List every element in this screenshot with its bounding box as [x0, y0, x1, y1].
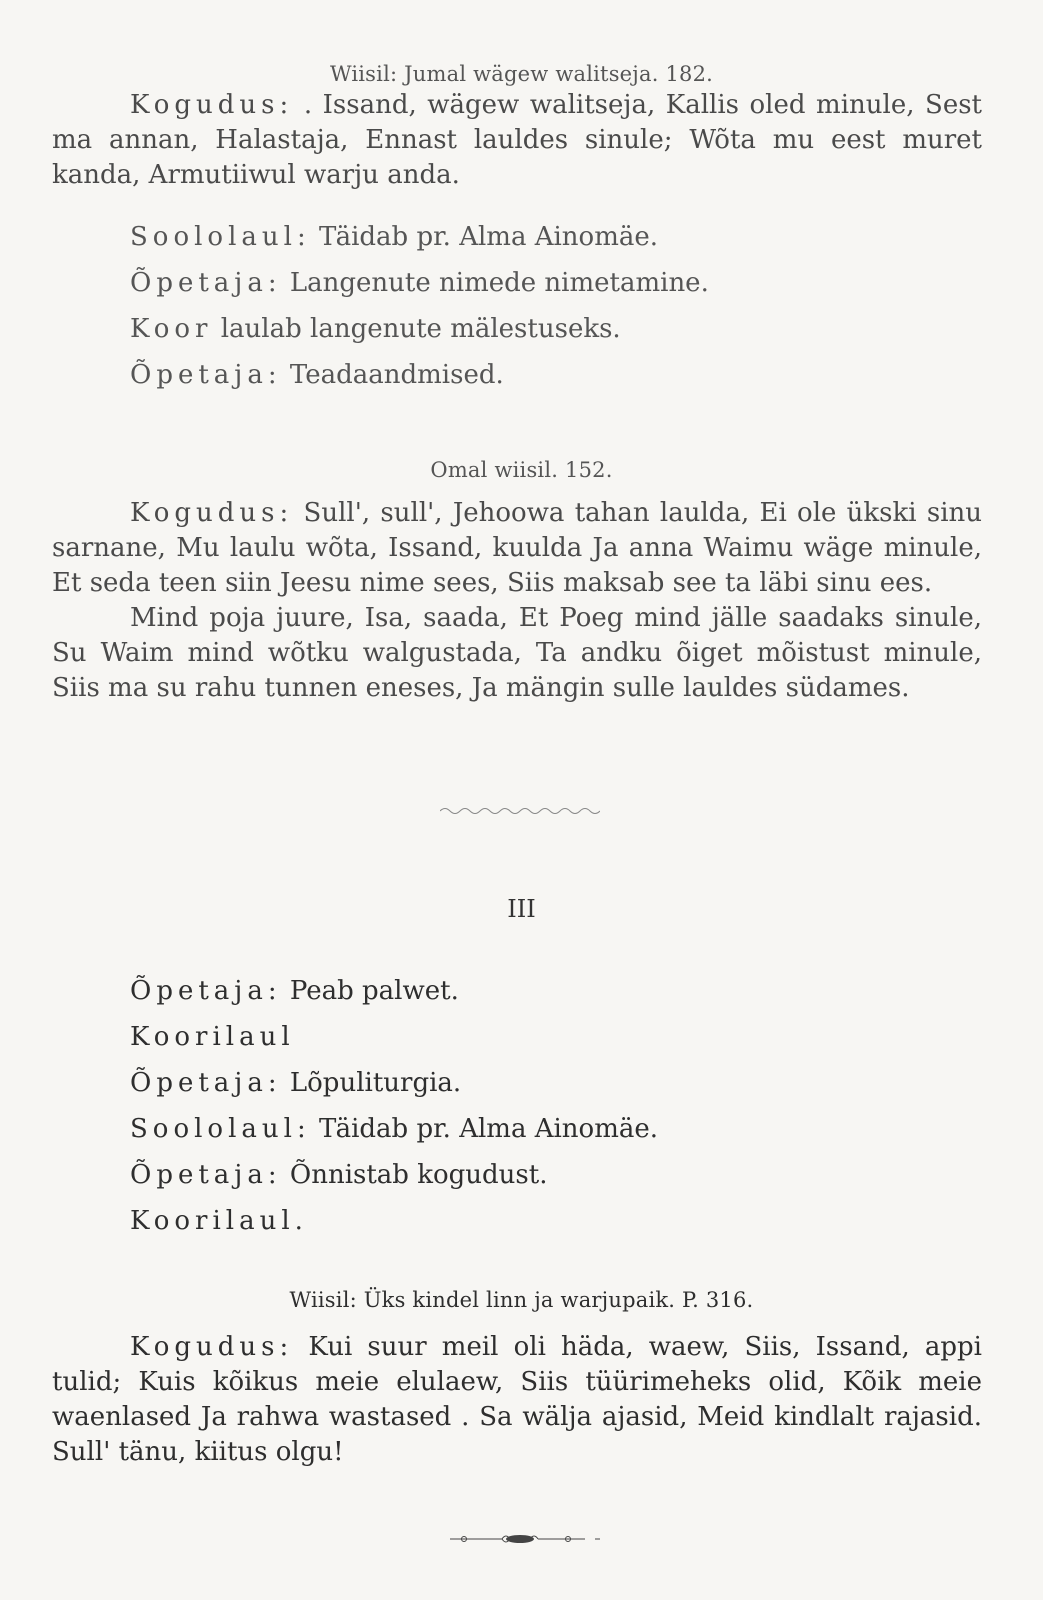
item-text: Täidab pr. Alma Ainomäe.: [319, 222, 658, 252]
program-item: Koor laulab langenute mälestuseks.: [130, 314, 621, 344]
floral-tailpiece-icon: [450, 1532, 610, 1546]
item-text: Õnnistab kogudust.: [290, 1160, 548, 1190]
wavy-rule-icon: [440, 805, 600, 815]
speaker-label: Õpetaja:: [130, 1160, 282, 1190]
speaker-label: Koorilaul: [130, 1022, 295, 1052]
speaker-label: Kogudus:: [130, 498, 293, 528]
speaker-label: Koorilaul.: [130, 1206, 308, 1236]
congregation-hymn: Kogudus: Kui suur meil oli häda, waew, S…: [52, 1330, 982, 1470]
program-item: Õpetaja: Lõpuliturgia.: [130, 1068, 461, 1098]
tune-reference: Wiisil: Jumal wägew walitseja. 182.: [0, 62, 1043, 86]
program-item: Õpetaja: Peab palwet.: [130, 976, 459, 1006]
congregation-hymn: Kogudus: Sull', sull', Jehoowa tahan lau…: [52, 496, 982, 706]
program-item: Soololaul: Täidab pr. Alma Ainomäe.: [130, 1114, 658, 1144]
item-text: Täidab pr. Alma Ainomäe.: [319, 1114, 658, 1144]
speaker-label: Õpetaja:: [130, 360, 282, 390]
hymn-verse: Mind poja juure, Isa, saada, Et Poeg min…: [52, 603, 982, 703]
program-item: Koorilaul.: [130, 1206, 308, 1236]
congregation-hymn: Kogudus: . Issand, wägew walitseja, Kall…: [52, 88, 982, 193]
speaker-label: Õpetaja:: [130, 1068, 282, 1098]
speaker-label: Soololaul:: [130, 222, 311, 252]
section-numeral: III: [0, 895, 1043, 923]
speaker-label: Õpetaja:: [130, 976, 282, 1006]
program-item: Õpetaja: Õnnistab kogudust.: [130, 1160, 547, 1190]
speaker-label: Õpetaja:: [130, 268, 282, 298]
item-text: Langenute nimede nimetamine.: [290, 268, 709, 298]
speaker-label: Koor: [130, 314, 212, 344]
item-text: Peab palwet.: [290, 976, 459, 1006]
speaker-label: Soololaul:: [130, 1114, 311, 1144]
item-text: laulab langenute mälestuseks.: [221, 314, 621, 344]
program-item: Õpetaja: Langenute nimede nimetamine.: [130, 268, 709, 298]
document-page: Wiisil: Jumal wägew walitseja. 182. Kogu…: [0, 0, 1043, 1600]
item-text: Lõpuliturgia.: [290, 1068, 461, 1098]
program-item: Koorilaul: [130, 1022, 295, 1052]
tune-reference: Wiisil: Üks kindel linn ja warjupaik. P.…: [0, 1288, 1043, 1312]
tune-reference: Omal wiisil. 152.: [0, 458, 1043, 482]
program-item: Õpetaja: Teadaandmised.: [130, 360, 504, 390]
item-text: Teadaandmised.: [290, 360, 504, 390]
program-item: Soololaul: Täidab pr. Alma Ainomäe.: [130, 222, 658, 252]
speaker-label: Kogudus:: [130, 1332, 293, 1362]
speaker-label: Kogudus:: [130, 90, 293, 120]
